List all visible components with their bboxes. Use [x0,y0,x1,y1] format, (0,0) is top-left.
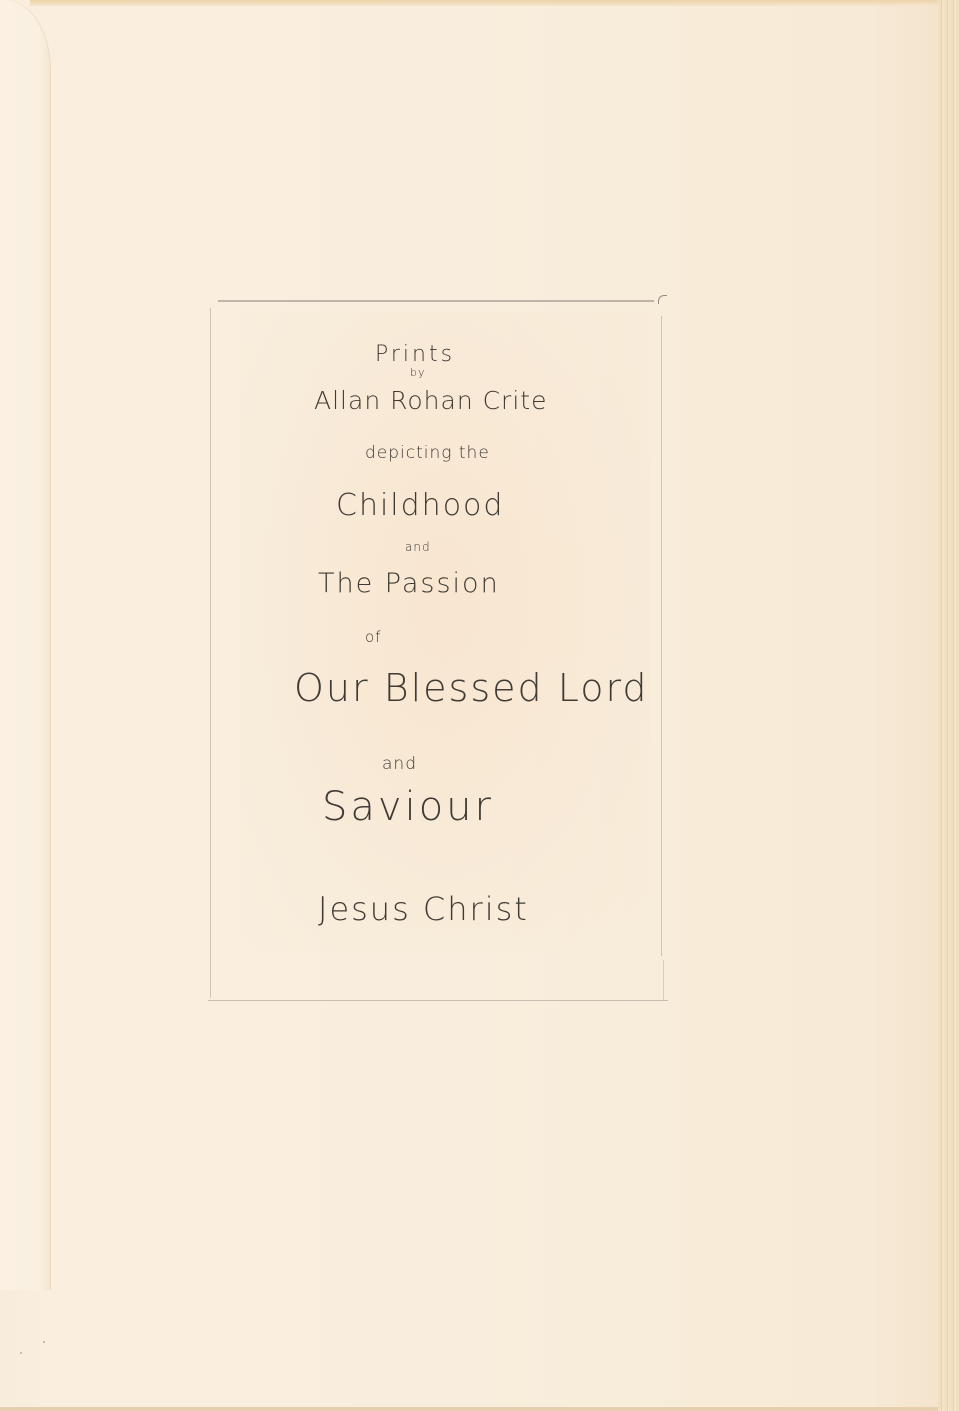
title-saviour: Saviour [322,784,494,830]
book-page: Prints by Allan Rohan Crite depicting th… [0,0,944,1411]
title-lord: Our Blessed Lord [294,666,649,710]
title-prints: Prints [375,342,455,367]
title-and-1: and [405,540,431,554]
title-jesus-christ: Jesus Christ [318,890,529,928]
pencil-frame-left [210,308,211,998]
page-top-edge [30,0,944,6]
paper-speck [43,1341,45,1343]
page-stack-edge [938,0,960,1411]
title-depicting: depicting the [365,443,490,463]
page-curl-left-edge [0,0,50,1290]
title-and-2: and [382,754,417,774]
pencil-frame-top [218,300,654,302]
pencil-frame-right [661,316,662,956]
paper-speck [20,1352,22,1354]
pencil-frame-right-lower [663,960,664,1000]
title-author: Allan Rohan Crite [314,386,547,415]
title-by: by [410,366,426,379]
pencil-corner-mark [658,295,667,304]
title-of: of [365,628,381,646]
title-passion: The Passion [318,568,500,599]
page-bottom-edge [0,1407,944,1411]
pencil-frame-bottom [208,1000,668,1001]
title-childhood: Childhood [336,488,504,523]
